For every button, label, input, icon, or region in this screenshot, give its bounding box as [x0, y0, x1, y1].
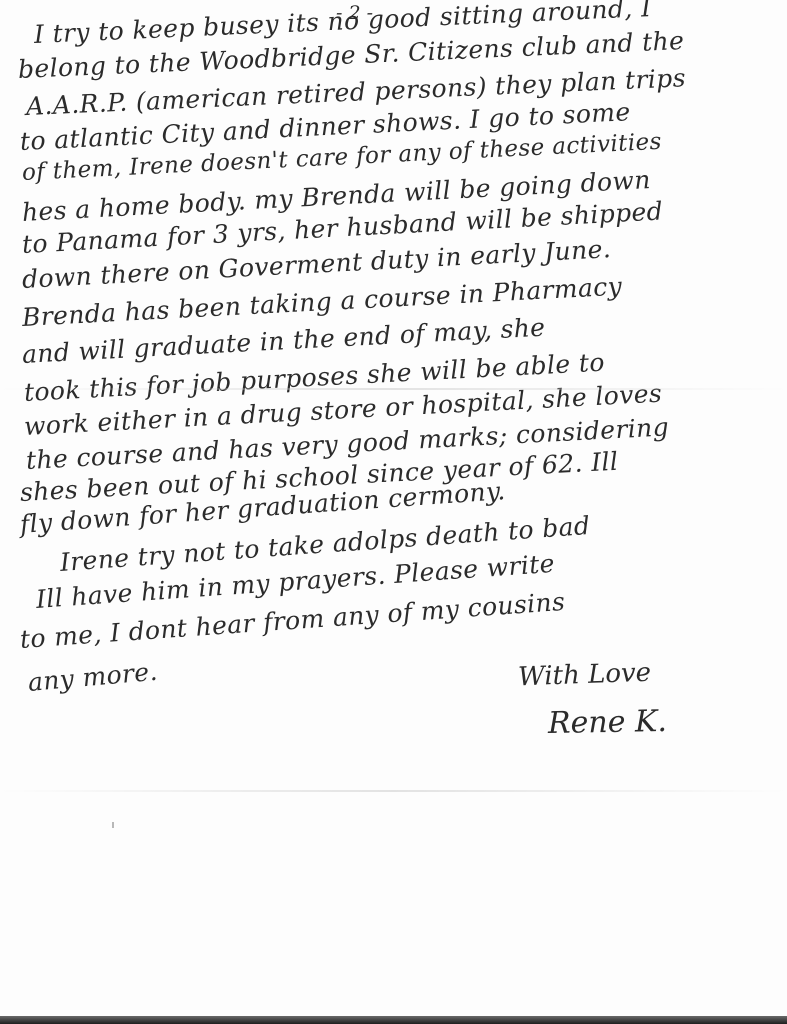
fold-crease [0, 388, 787, 390]
letter-line-19: any more. [27, 657, 159, 697]
fold-crease [0, 790, 787, 792]
signature: Rene K. [548, 704, 667, 741]
closing-salutation: With Love [518, 658, 652, 693]
stray-mark [112, 822, 114, 828]
scan-bottom-edge [0, 1016, 787, 1024]
letter-page: - 2 - I try to keep busey its no good si… [0, 0, 787, 1016]
